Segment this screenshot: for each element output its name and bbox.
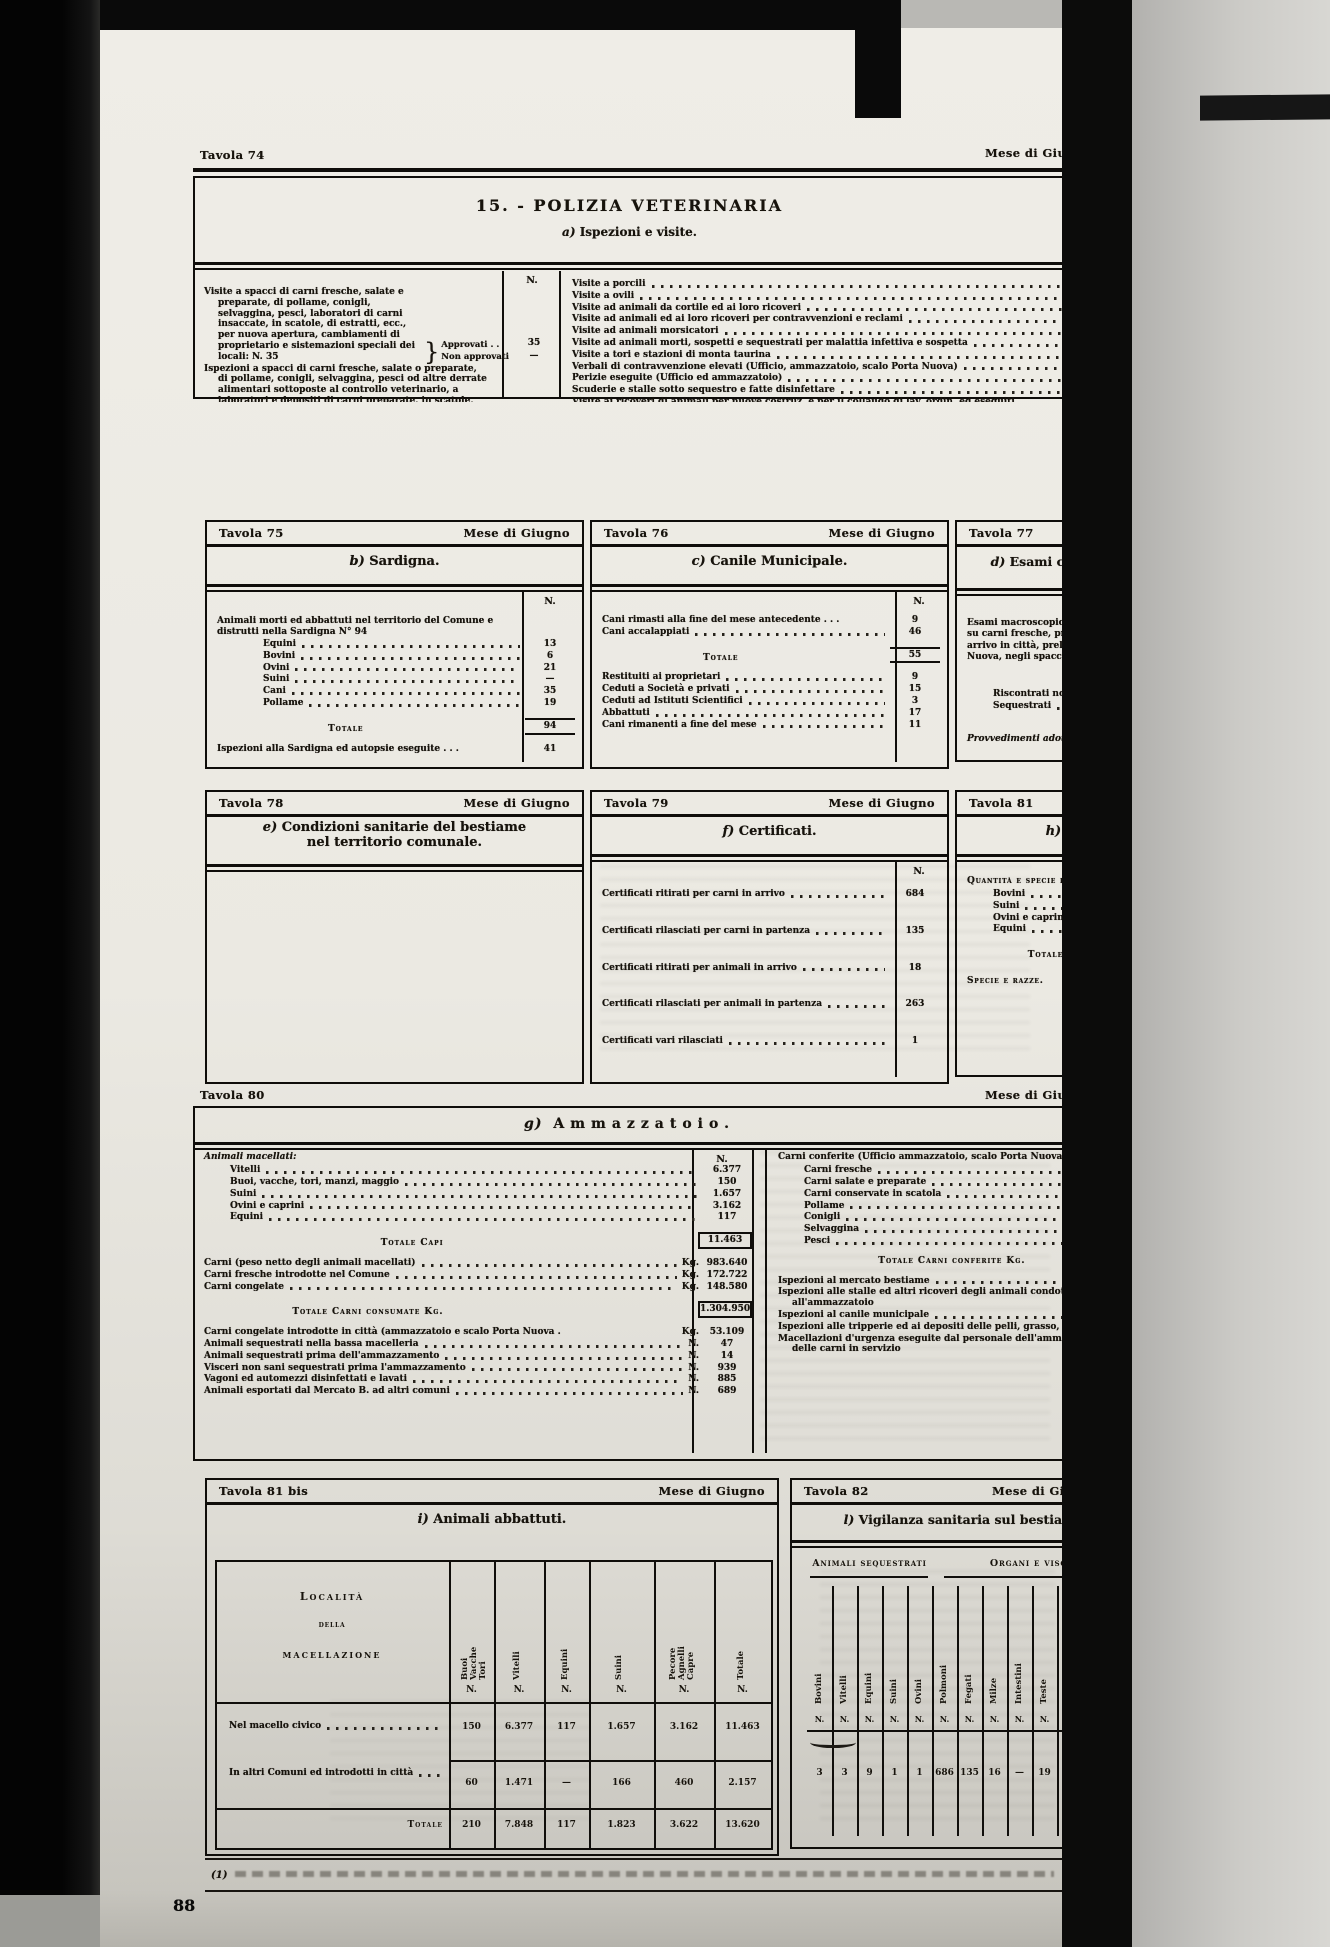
row-group: Bovini Suini Ovini e caprini Equini Tota… [967, 889, 1062, 961]
brace-options: Approvati . . Non approvati [441, 340, 509, 362]
row-label: Scuderie e stalle sotto sequestro e fatt… [572, 385, 835, 396]
table-row: Scuderie e stalle sotto sequestro e fatt… [572, 385, 1062, 396]
row-value: 11 [890, 720, 940, 731]
table-81-clip: Tavola 81 Mese di Giugno h) Mercato best… [955, 790, 1062, 1080]
row-label: Carni fresche [804, 1165, 872, 1176]
table-row: Macellazioni d'urgenza eseguite dal pers… [778, 1334, 1062, 1356]
row-label: Totale [217, 724, 372, 735]
row-group: Equini 13 Bovini 6 Ovini 21 Suini — Cani… [217, 639, 575, 754]
grid-divider [1057, 1586, 1059, 1836]
heavy-rule [193, 168, 1062, 172]
cell-value: 460 [654, 1778, 714, 1788]
row-group: Certificati ritirati per carni in arrivo… [602, 889, 940, 1047]
exam-list: Riscontrati normali 1.5 Sequestrati [993, 680, 1062, 713]
dotted-leader [974, 344, 1062, 347]
grid-divider [832, 1586, 834, 1836]
table-row: Carni congelate introdotte in città (amm… [204, 1327, 752, 1338]
cell-value: 6.377 [494, 1722, 544, 1732]
dotted-leader [836, 1242, 1062, 1245]
table-row: Verbali di contravvenzione elevati (Uffi… [572, 362, 1062, 373]
table-row: Carni conservate in scatola Kg. [778, 1189, 1062, 1200]
table-row: Suini 1.657 [204, 1189, 752, 1200]
title-text: Condizioni sanitarie del bestiame [282, 820, 526, 835]
row-label: Pollame [263, 698, 303, 709]
month-label: Mese di Giugno [464, 796, 570, 810]
row-unit: N. [688, 1374, 699, 1385]
table-77-clip: Tavola 77 Mese di Giugno d) Esami carni … [955, 520, 1062, 765]
table-row: Cani accalappiati 46 [602, 627, 940, 638]
table-row: Pollame Kg. [778, 1201, 1062, 1212]
double-rule [592, 584, 947, 592]
row-label: Equini [230, 1212, 263, 1223]
column-head: Polmoni [940, 1594, 949, 1704]
section-subtitle: a) Ispezioni e visite. [195, 225, 1062, 239]
column-head: Buoi Vacche Tori [461, 1580, 488, 1680]
double-rule [592, 854, 947, 862]
table-row: Equini 13 [217, 639, 575, 650]
n-sub-header: N. [654, 1685, 714, 1695]
n-sub-header: N. [907, 1714, 932, 1724]
half-divider [765, 1150, 767, 1453]
dotted-leader [269, 1218, 697, 1221]
row-label: Visite a spacci di carni fresche, salate… [204, 287, 422, 363]
row-label: Carni conservate in scatola [804, 1189, 941, 1200]
table-row: Totale Capi 12 [967, 944, 1062, 961]
heavy-rule [957, 814, 1062, 817]
dotted-leader [841, 391, 1062, 394]
row-label: Certificati rilasciati per animali in pa… [602, 999, 822, 1010]
cell-value: 2.157 [714, 1778, 771, 1788]
row-label: Vitelli [230, 1165, 260, 1176]
column-head: Suini [615, 1580, 624, 1680]
row-label: Visite ad animali morti, sospetti e sequ… [572, 338, 968, 349]
dotted-leader [301, 657, 520, 660]
row-value: 117 [702, 1212, 752, 1223]
dotted-leader [828, 1005, 885, 1008]
table-title: b) Sardigna. [207, 554, 582, 569]
certificates-list: Certificati ritirati per carni in arrivo… [602, 888, 940, 1048]
dotted-leader [425, 1345, 684, 1348]
table-title: f) Certificati. [592, 824, 947, 839]
row-label: Animali sequestrati prima dell'ammazzame… [204, 1351, 439, 1362]
n-sub-header: N. [589, 1685, 654, 1695]
title-letter: i) [418, 1512, 429, 1527]
group-header: Animali macellati: [204, 1152, 752, 1163]
row-value: 17 [890, 708, 940, 719]
dotted-leader [290, 1287, 677, 1290]
table-row: Ceduti ad Istituti Scientifici 3 [602, 696, 940, 707]
title-text: Sardigna. [369, 554, 439, 569]
dotted-leader [1031, 895, 1062, 898]
n-sub-header: N. [544, 1685, 589, 1695]
grid-rule [449, 1760, 771, 1762]
cell-value: 117 [544, 1722, 589, 1732]
table-76: Tavola 76 Mese di Giugno c) Canile Munic… [590, 520, 949, 769]
row-value: 1 [890, 1036, 940, 1047]
table-header: Tavola 81 Mese di Giugno [957, 792, 1062, 812]
brace-glyph: } [424, 343, 439, 362]
table-row: Visite a tori e stazioni di monta taurin… [572, 350, 1062, 361]
row-value: 41 [525, 744, 575, 755]
footnote-band: (1) [205, 1858, 1062, 1892]
row-value: 21 [525, 663, 575, 674]
row-value: 47 [702, 1339, 752, 1350]
kennel-list: Cani rimasti alla fine del mese antecede… [602, 614, 940, 731]
table-row: Totale Carni conferite Kg. [778, 1256, 1062, 1267]
row-label: Buoi, vacche, tori, manzi, maggio [230, 1177, 399, 1188]
grid-rule [217, 1702, 771, 1704]
table-80-clip: g) Ammazzatoio. N. Animali macellati: Vi… [193, 1106, 1062, 1464]
cell-value: 1 [882, 1768, 907, 1778]
n-sub-header: N. [832, 1714, 857, 1724]
row-value: 135 [890, 926, 940, 937]
dotted-leader [309, 704, 520, 707]
row-value: 689 [702, 1386, 752, 1397]
column-head: Fegati [965, 1594, 974, 1704]
table-corner-label: Tavola 75 [219, 526, 284, 540]
column-head: Vitelli [513, 1580, 522, 1680]
row-label: Carni (peso netto degli animali macellat… [204, 1258, 416, 1269]
month-label: Mese di Giugno [829, 796, 935, 810]
heavy-rule [792, 1502, 1062, 1505]
table-row: Animali sequestrati prima dell'ammazzame… [204, 1351, 752, 1362]
dotted-leader [865, 1230, 1062, 1233]
double-rule [207, 864, 582, 872]
column-divider [752, 1150, 754, 1453]
table-row: Perizie eseguite (Ufficio ed ammazzatoio… [572, 373, 1062, 384]
dotted-leader [295, 680, 520, 683]
table-row: Cani rimanenti a fine del mese 11 [602, 720, 940, 731]
row-group: Cani rimasti alla fine del mese antecede… [602, 615, 940, 730]
row-label: Visite ad animali morsicatori [572, 326, 719, 337]
table-82: Tavola 82 Mese di Giugno l) Vigilanza sa… [790, 1478, 1062, 1849]
table-header: Tavola 77 Mese di Giugno [957, 522, 1062, 542]
dotted-leader [878, 1171, 1062, 1174]
double-rule [957, 588, 1062, 596]
table-row: Buoi, vacche, tori, manzi, maggio 150 [204, 1177, 752, 1188]
dotted-leader [419, 1774, 440, 1777]
intro-paragraph: Esami macroscopici, microscopici, batter… [967, 618, 1062, 663]
row-label: Nel macello civico [229, 1721, 321, 1732]
row-value: 13 [525, 639, 575, 650]
row-label: Cani accalappiati [602, 627, 689, 638]
cell-value: 1.823 [589, 1820, 654, 1830]
grid-divider [857, 1586, 859, 1836]
table-title: d) Esami carni e derrate alimentari di o… [957, 554, 1062, 584]
table-row: Animali esportati dal Mercato B. ad altr… [204, 1386, 752, 1397]
table-row: Visceri non sani sequestrati prima l'amm… [204, 1363, 752, 1374]
row-label: Certificati ritirati per carni in arrivo [602, 889, 785, 900]
table-header: Tavola 81 bis Mese di Giugno [207, 1480, 777, 1500]
table-row: Suini — [217, 674, 575, 685]
dotted-leader [791, 895, 885, 898]
table-row: Certificati ritirati per carni in arrivo… [602, 889, 940, 900]
row-value: 172.722 [702, 1270, 752, 1281]
table-row: Ispezioni al mercato bestiame N. [778, 1276, 1062, 1287]
row-value: 983.640 [702, 1258, 752, 1269]
table-82-clip: Tavola 82 Mese di Giugno l) Vigilanza sa… [790, 1478, 1062, 1852]
row-value: 939 [702, 1363, 752, 1374]
row-label: Carni fresche introdotte nel Comune [204, 1270, 390, 1281]
row-label: Ovini [263, 663, 289, 674]
table-header: Tavola 75 Mese di Giugno [207, 522, 582, 542]
row-label: Totale Carni consumate Kg. [204, 1307, 452, 1318]
row-value: — [525, 674, 575, 685]
table-row: Sequestrati [993, 701, 1062, 712]
row-value: 6.377 [702, 1165, 752, 1176]
table-row: Pollame 19 [217, 698, 575, 709]
dotted-leader [816, 932, 885, 935]
cell-value: 117 [544, 1820, 589, 1830]
table-row: Carni congelate Kg. 148.580 [204, 1282, 752, 1293]
double-rule [195, 1142, 1062, 1150]
cell-value: 686 [932, 1768, 957, 1778]
table-row: Certificati vari rilasciati 1 [602, 1036, 940, 1047]
n-sub-header: N. [1007, 1714, 1032, 1724]
health-paragraphs [221, 878, 565, 884]
grid-divider [589, 1562, 591, 1848]
row-value: 14 [702, 1351, 752, 1362]
row-label: Selvaggina [804, 1224, 859, 1235]
cell-value: — [1007, 1768, 1032, 1778]
slaughter-locations-grid: Località della macellazione Buoi Vacche … [215, 1560, 773, 1850]
row-value: 35 [509, 337, 559, 350]
table-row: Visite ad animali morsicatori [572, 326, 1062, 337]
table-81: Tavola 81 Mese di Giugno h) Mercato best… [955, 790, 1062, 1077]
cell-value: 3 [807, 1768, 832, 1778]
table-corner-label: Tavola 80 [200, 1088, 265, 1102]
row-label: Visite a porcili [572, 279, 646, 290]
row-value: 46 [890, 627, 940, 638]
row-label: Cani rimasti alla fine del mese antecede… [602, 615, 839, 626]
row-label: In altri Comuni ed introdotti in città [229, 1768, 413, 1779]
table-row: Conigli Kg. [778, 1212, 1062, 1223]
table-corner-label: Tavola 82 [804, 1484, 869, 1498]
row-value: 1.657 [702, 1189, 752, 1200]
dotted-leader [736, 690, 885, 693]
row-value: 53.109 [702, 1327, 752, 1338]
table-title: g) Ammazzatoio. [195, 1116, 1062, 1132]
row-label: Animali sequestrati nella bassa maceller… [204, 1339, 419, 1350]
table-row: Ispezioni alla Sardigna ed autopsie eseg… [217, 744, 575, 755]
row-value: 684 [890, 889, 940, 900]
row-value: 1.304.950 [698, 1301, 752, 1318]
subtitle-text: Ispezioni e visite. [580, 225, 697, 239]
column-head: Ovini [915, 1594, 924, 1704]
group-header: Carni conferite (Ufficio ammazzatoio, sc… [778, 1152, 1062, 1163]
n-sub-header: N. [957, 1714, 982, 1724]
meat-delivery-list: Carni conferite (Ufficio ammazzatoio, sc… [778, 1152, 1062, 1356]
row-label: Totale Capi [204, 1238, 452, 1249]
table-row: Ovini 21 [217, 663, 575, 674]
dotted-leader [803, 968, 885, 971]
double-rule [957, 854, 1062, 862]
table-header: Tavola 82 Mese di Giugno [792, 1480, 1062, 1500]
quantita-header: Quantità e specie introdotte. [967, 876, 1062, 887]
seizure-grid: Animali sequestrati Organi e visceri seq… [792, 1546, 1062, 1842]
column-head: Totale [737, 1580, 746, 1680]
table-74: 15. - POLIZIA VETERINARIA a) Ispezioni e… [193, 176, 1062, 399]
section-title-text: 15. - POLIZIA VETERINARIA [476, 196, 783, 215]
row-label: Visite ai ricoveri di animali per nuove … [572, 397, 1015, 402]
group-underline [944, 1576, 1062, 1578]
table-row: In altri Comuni ed introdotti in città [229, 1768, 445, 1779]
row-label: Perizie eseguite (Ufficio ed ammazzatoio… [572, 373, 782, 384]
row-label: Suini [993, 901, 1019, 912]
row-label: Certificati rilasciati per carni in part… [602, 926, 810, 937]
dotted-leader [725, 332, 1062, 335]
row-unit: N. [688, 1386, 699, 1397]
cell-value: 13.620 [714, 1820, 771, 1830]
row-unit: Kg. [682, 1282, 699, 1293]
note-lead: Provvedimenti adottati: [967, 734, 1062, 744]
row-label: Suini [263, 674, 289, 685]
stub-header-line2: della [237, 1620, 427, 1630]
table-row: Visite ad animali morti, sospetti e sequ… [572, 338, 1062, 349]
dotted-leader [846, 1218, 1062, 1221]
table-row: Ispezioni alle stalle ed altri ricoveri … [778, 1287, 1062, 1309]
title-letter: c) [692, 554, 706, 569]
table-row: Cani rimasti alla fine del mese antecede… [602, 615, 940, 626]
row-label: Animali esportati dal Mercato B. ad altr… [204, 1386, 450, 1397]
table-row: Pesci Kg. [778, 1236, 1062, 1247]
table-row: Visite ad animali ed ai loro ricoveri pe… [572, 314, 1062, 325]
dotted-leader [729, 1042, 885, 1045]
table-79: Tavola 79 Mese di Giugno f) Certificati.… [590, 790, 949, 1084]
row-value: 35 [525, 686, 575, 697]
month-label: Mese di Giugno [659, 1484, 765, 1498]
table-title: e) Condizioni sanitarie del bestiame [207, 820, 582, 835]
grid-divider [882, 1586, 884, 1836]
row-unit: N. [688, 1339, 699, 1350]
month-label: Mese di Giugno [992, 1484, 1062, 1498]
dotted-leader [777, 356, 1062, 359]
table-row: Ovini e caprini 3.162 [204, 1201, 752, 1212]
cell-value: 60 [449, 1778, 494, 1788]
row-label: Visite ad animali ed ai loro ricoveri pe… [572, 314, 903, 325]
row-label: Equini [263, 639, 296, 650]
title-letter: f) [723, 824, 735, 839]
cell-value: 3.622 [654, 1820, 714, 1830]
table-row: Carni fresche Kg. [778, 1165, 1062, 1176]
table-corner-label: Tavola 79 [604, 796, 669, 810]
row-label: Equini [993, 924, 1026, 935]
table-row: Totale 55 [602, 647, 940, 664]
n-column-header: N. [505, 275, 559, 286]
dotted-leader [932, 1183, 1062, 1186]
inspections-list-right: Visite a porcili Visite a ovili Visite a… [572, 278, 1062, 402]
row-label: Ovini e caprini [993, 913, 1062, 924]
month-label: Mese di Giugno [464, 526, 570, 540]
dotted-leader [302, 645, 520, 648]
dotted-leader [936, 1281, 1062, 1284]
cell-value: 16 [982, 1768, 1007, 1778]
grid-divider [714, 1562, 716, 1848]
n-sub-header: N. [1032, 1714, 1057, 1724]
table-row: Ispezioni a spacci di carni fresche, sal… [204, 364, 559, 402]
grid-divider [932, 1586, 934, 1836]
row-label: Verbali di contravvenzione elevati (Uffi… [572, 362, 958, 373]
column-head: Equini [865, 1594, 874, 1704]
table-title: i) Animali abbattuti. [207, 1512, 777, 1527]
row-values: 35 — [509, 337, 559, 362]
cell-value: 11.463 [714, 1722, 771, 1732]
dotted-leader [640, 297, 1062, 300]
row-value: 6 [525, 651, 575, 662]
grid-divider [957, 1586, 959, 1836]
row-label: Ispezioni al mercato bestiame [778, 1276, 930, 1287]
table-row: Totale 94 [217, 718, 575, 735]
table-title-line2: nel territorio comunale. [207, 835, 582, 850]
row-label: Carni congelate introdotte in città (amm… [204, 1327, 561, 1338]
table-corner-label: Tavola 77 [969, 526, 1034, 540]
dotted-leader [763, 725, 885, 728]
table-row: Certificati rilasciati per carni in part… [602, 926, 940, 937]
n-sub-header: N. [449, 1685, 494, 1695]
grid-divider [907, 1586, 909, 1836]
dotted-leader [266, 1171, 697, 1174]
dotted-leader [327, 1727, 440, 1730]
table-row: Restituiti ai proprietari 9 [602, 672, 940, 683]
row-value: 9 [890, 672, 940, 683]
title-text: Canile Municipale. [710, 554, 847, 569]
table-row: Totale Carni consumate Kg. 1.304.950 [204, 1301, 752, 1318]
row-label: Ispezioni alle tripperie ed ai depositi … [778, 1322, 1062, 1333]
group-header-animals: Animali sequestrati [807, 1558, 932, 1569]
scan-edge-top [0, 0, 862, 30]
row-value: 94 [525, 718, 575, 735]
month-label: Mese di Giugno [829, 526, 935, 540]
title-letter: l) [844, 1512, 855, 1527]
dotted-leader [422, 1264, 677, 1267]
row-label: Bovini [263, 651, 295, 662]
row-value: 15 [890, 684, 940, 695]
row-label: Riscontrati normali [993, 689, 1062, 700]
adjacent-page-fragment [1200, 94, 1330, 120]
row-value: 11.463 [698, 1232, 752, 1249]
cell-value: 1.471 [494, 1778, 544, 1788]
n-sub-header: N. [494, 1685, 544, 1695]
row-label: Visite ad animali da cortile ed ai loro … [572, 303, 801, 314]
table-header: Tavola 79 Mese di Giugno [592, 792, 947, 812]
title-letter: e) [263, 820, 277, 835]
scan-edge-right [1062, 0, 1132, 1947]
table-78: Tavola 78 Mese di Giugno e) Condizioni s… [205, 790, 584, 1084]
cell-value: 3 [832, 1768, 857, 1778]
row-label: Visite a ovili [572, 291, 634, 302]
row-value: 19 [525, 698, 575, 709]
dotted-leader [310, 1206, 697, 1209]
table-row: Vagoni ed automezzi disinfettati e lavat… [204, 1374, 752, 1385]
group-header-organs: Organi e visceri sequestrati [942, 1558, 1062, 1569]
scan-bed-corner [0, 1895, 100, 1947]
row-value: 885 [702, 1374, 752, 1385]
table-75: Tavola 75 Mese di Giugno b) Sardigna. N.… [205, 520, 584, 769]
table-row: Visite a spacci di carni fresche, salate… [204, 287, 559, 363]
row-label: Sequestrati [993, 701, 1051, 712]
grid-divider [1007, 1586, 1009, 1836]
dotted-leader [456, 1392, 683, 1395]
table-row: Totale Capi 11.463 [204, 1232, 752, 1249]
table-row: Bovini [967, 889, 1062, 900]
dotted-leader [445, 1357, 683, 1360]
option-label: Approvati . . [441, 340, 509, 351]
row-value: 3 [890, 696, 940, 707]
table-74-clip: 15. - POLIZIA VETERINARIA a) Ispezioni e… [193, 176, 1062, 402]
row-label: Restituiti ai proprietari [602, 672, 720, 683]
table-row: Riscontrati normali 1.5 [993, 689, 1062, 700]
cell-value: 9 [857, 1768, 882, 1778]
